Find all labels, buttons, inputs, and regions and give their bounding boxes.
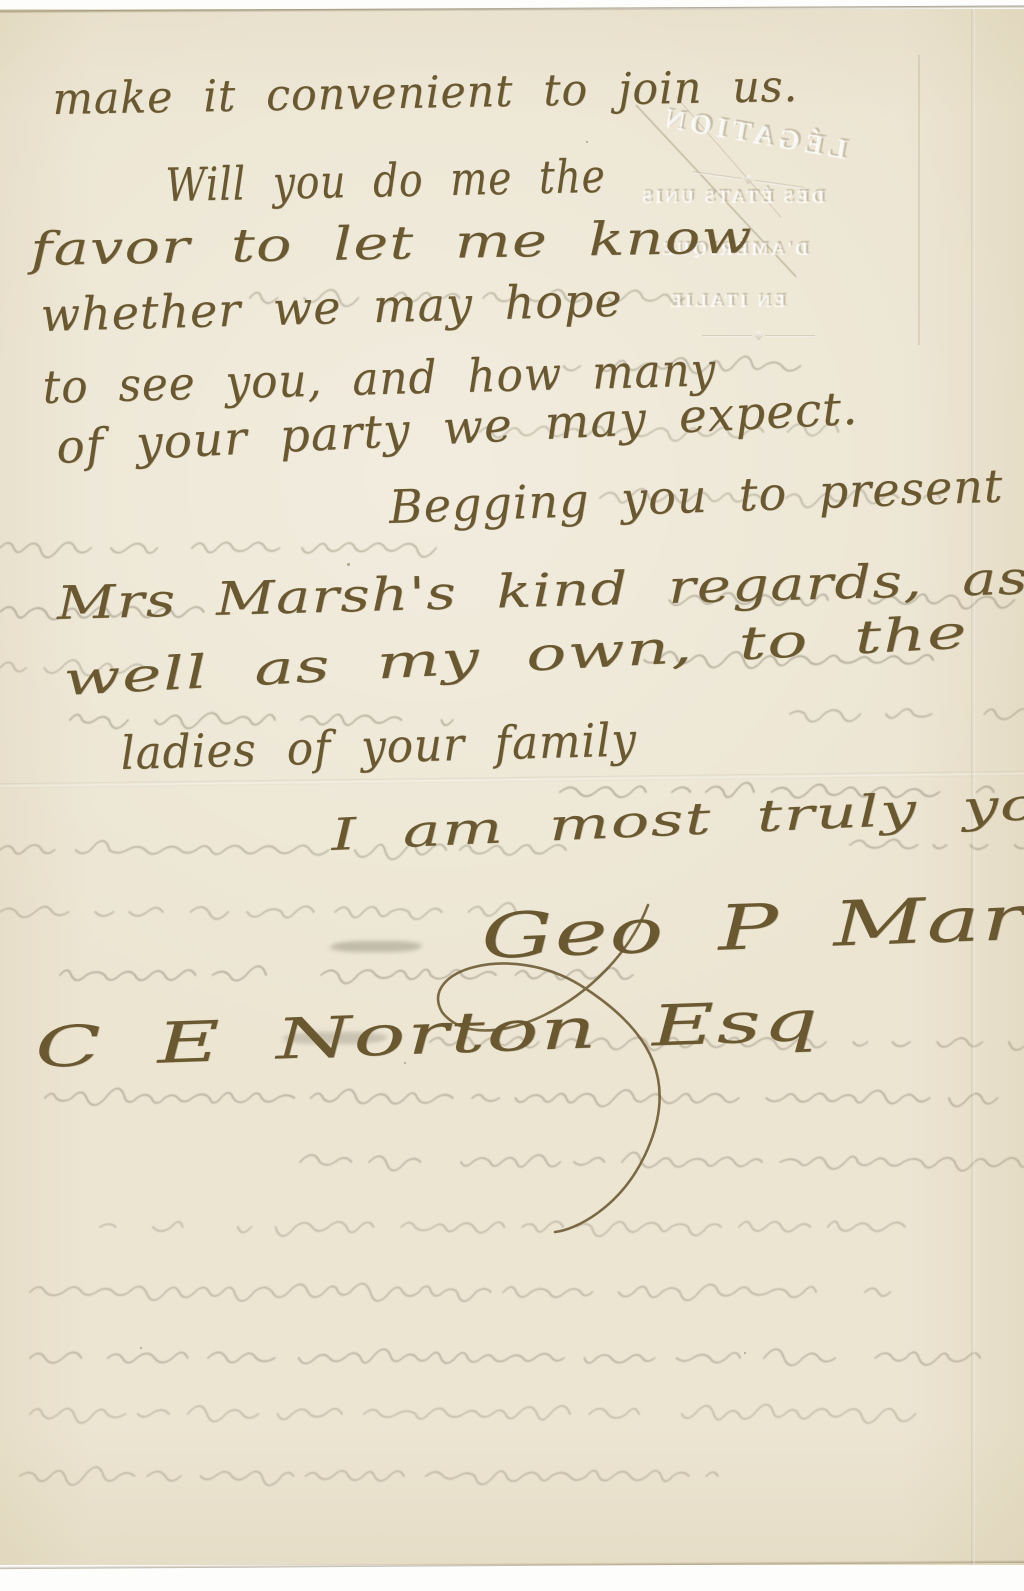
scanned-letter: LÉGATION DES ÉTATS UNIS D'AMÉRIQUE EN IT… (0, 0, 1024, 1591)
flourish-stroke (438, 905, 660, 1232)
signature-flourish (0, 0, 1024, 1591)
